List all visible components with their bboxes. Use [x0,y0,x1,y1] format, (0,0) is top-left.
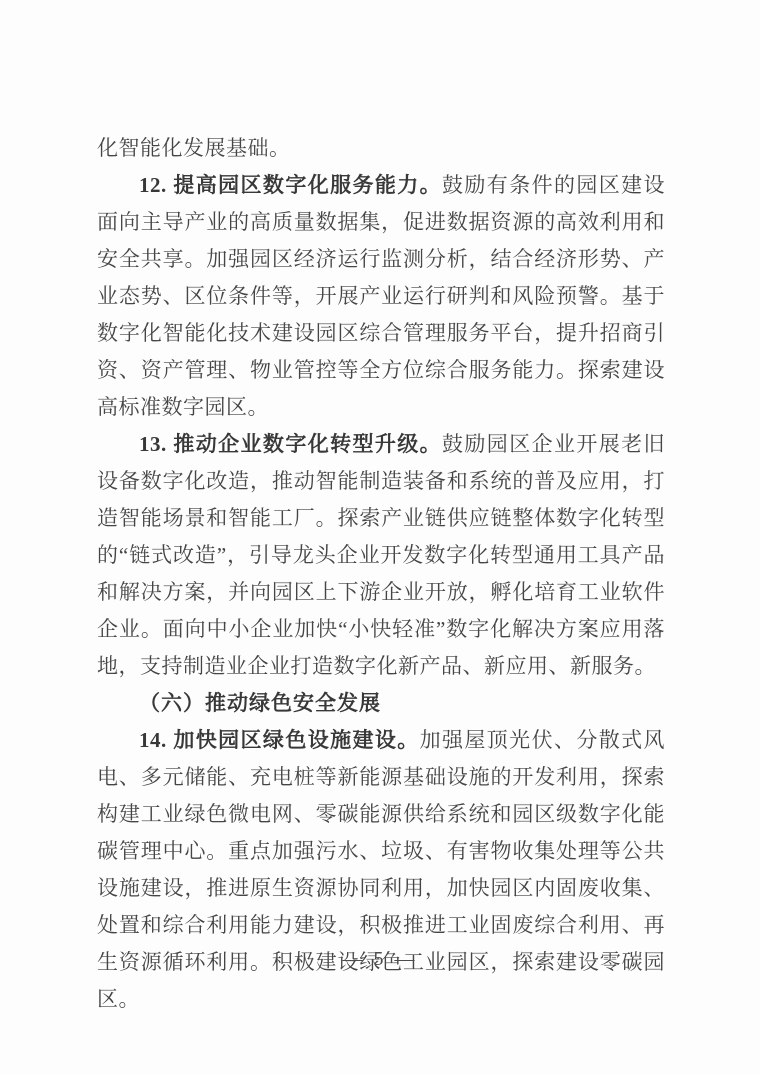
item-12-heading: 12. 提高园区数字化服务能力。 [139,173,442,197]
paragraph-item-13: 13. 推动企业数字化转型升级。鼓励园区企业开展老旧设备数字化改造，推动智能制造… [97,426,665,685]
document-body: 化智能化发展基础。 12. 提高园区数字化服务能力。鼓励有条件的园区建设面向主导… [97,130,665,1018]
section-heading-6: （六）推动绿色安全发展 [97,685,665,722]
item-14-heading: 14. 加快园区绿色设施建设。 [139,728,420,752]
paragraph-continuation: 化智能化发展基础。 [97,130,665,167]
section-heading-6-label: （六）推动绿色安全发展 [139,691,381,715]
paragraph-item-12: 12. 提高园区数字化服务能力。鼓励有条件的园区建设面向主导产业的高质量数据集，… [97,167,665,426]
item-13-heading: 13. 推动企业数字化转型升级。 [139,432,442,456]
item-13-body: 鼓励园区企业开展老旧设备数字化改造，推动智能制造装备和系统的普及应用，打造智能场… [97,432,665,678]
document-page: 化智能化发展基础。 12. 提高园区数字化服务能力。鼓励有条件的园区建设面向主导… [0,0,760,1075]
paragraph-item-14: 14. 加快园区绿色设施建设。加强屋顶光伏、分散式风电、多元储能、充电桩等新能源… [97,722,665,1018]
page-number: — 5 — [0,948,760,971]
item-12-body: 鼓励有条件的园区建设面向主导产业的高质量数据集，促进数据资源的高效利用和安全共享… [97,173,665,419]
